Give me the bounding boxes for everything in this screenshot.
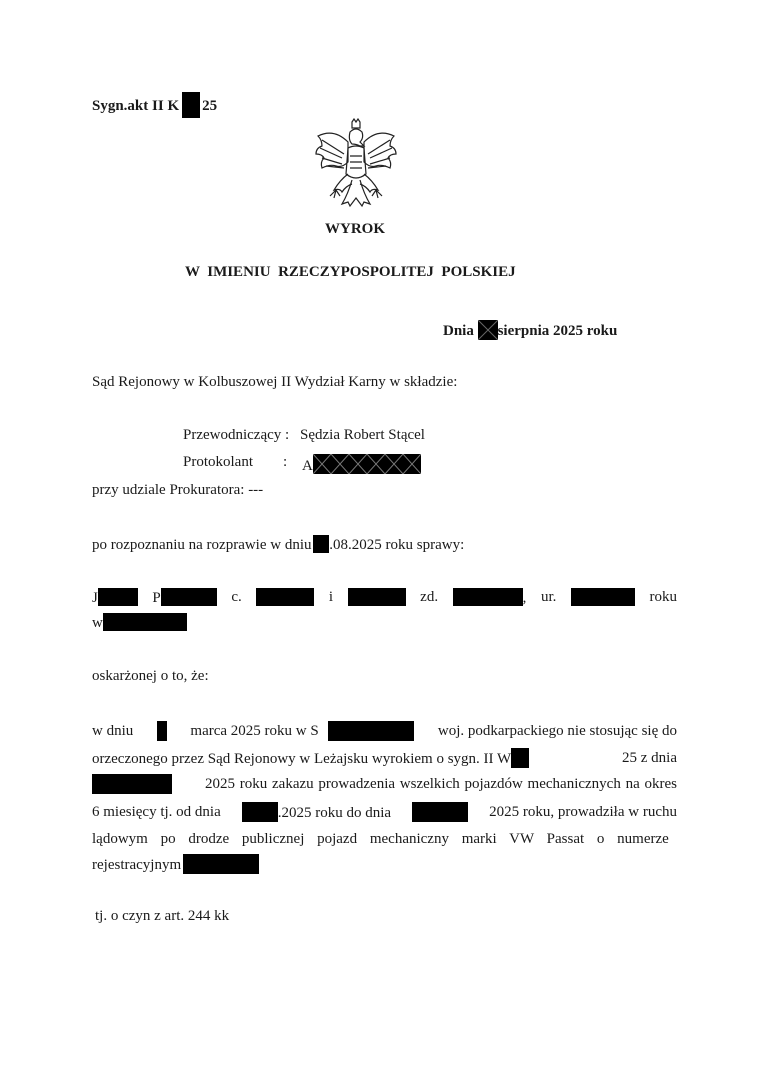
year-label: roku [650, 589, 678, 606]
date-prefix: Dnia [443, 323, 474, 339]
defendant-line: J P c. i zd. , ur. roku [92, 586, 677, 608]
clerk-separator: : [283, 454, 287, 471]
date-from: .2025 roku do dnia [242, 802, 391, 822]
charge-line-3: 2025 roku zakazu prowadzenia wszelkich p… [92, 774, 677, 794]
redaction [98, 588, 138, 606]
verdict-subtitle: W IMIENIU RZECZYPOSPOLITEJ POLSKIEJ [185, 264, 516, 281]
polish-eagle-emblem-icon [314, 118, 398, 210]
date-suffix: sierpnia 2025 roku [498, 323, 618, 339]
charge-line-2-text: orzeczonego przez Sąd Rejonowy w Leżajsk… [92, 748, 529, 768]
redaction [478, 320, 498, 340]
signature-suffix: 25 [202, 98, 217, 114]
defendant-surname: P [152, 588, 216, 607]
hearing-suffix: .08.2025 roku sprawy: [329, 537, 464, 553]
charge-line-4: 6 miesięcy tj. od dnia .2025 roku do dni… [92, 801, 677, 823]
signature-prefix: Sygn.akt II K [92, 98, 179, 114]
charge-line-5: lądowym po drodze publicznej pojazd mech… [92, 828, 677, 850]
redaction [103, 613, 187, 631]
redaction [256, 588, 314, 606]
clerk-name: A [302, 454, 421, 475]
redaction [328, 721, 414, 741]
verdict-date: Dnia sierpnia 2025 roku [443, 320, 617, 340]
redaction [511, 748, 529, 768]
clerk-label: Protokolant [183, 454, 253, 471]
hearing-line: po rozpoznaniu na rozprawie w dniu .08.2… [92, 535, 464, 554]
maiden-name: , [453, 588, 527, 607]
redaction [571, 588, 635, 606]
and-label: i [329, 589, 333, 606]
redaction [161, 588, 217, 606]
maiden-name-label: zd. [420, 589, 438, 606]
redaction [92, 774, 172, 794]
born-label: ur. [541, 589, 556, 606]
redaction [348, 588, 406, 606]
redaction [453, 588, 523, 606]
charge-line-2: orzeczonego przez Sąd Rejonowy w Leżajsk… [92, 747, 677, 769]
verdict-title: WYROK [0, 221, 710, 238]
prosecutor-line: przy udziale Prokuratora: --- [92, 482, 263, 499]
clerk-initial: A [302, 458, 313, 474]
redaction [313, 535, 329, 553]
charged-line: oskarżonej o to, że: [92, 668, 209, 685]
defendant-birthplace: w [92, 613, 187, 632]
redaction [183, 854, 259, 874]
charge-line-6: rejestracyjnym [92, 854, 259, 874]
redaction [157, 721, 167, 741]
charge-line-1: w dniu marca 2025 roku w S woj. podkarpa… [92, 720, 677, 742]
redaction [182, 92, 200, 118]
redaction [242, 802, 278, 822]
redaction [313, 454, 421, 474]
hearing-prefix: po rozpoznaniu na rozprawie w dniu [92, 537, 312, 553]
presiding-judge-label: Przewodniczący : [183, 427, 289, 444]
case-signature: Sygn.akt II K25 [92, 92, 217, 118]
legal-qualification: tj. o czyn z art. 244 kk [95, 908, 229, 925]
redaction [412, 802, 468, 822]
court-composition: Sąd Rejonowy w Kolbuszowej II Wydział Ka… [92, 374, 457, 391]
presiding-judge-name: Sędzia Robert Stącel [300, 427, 425, 444]
daughter-of-label: c. [231, 589, 241, 606]
defendant-first-name: J [92, 588, 138, 607]
